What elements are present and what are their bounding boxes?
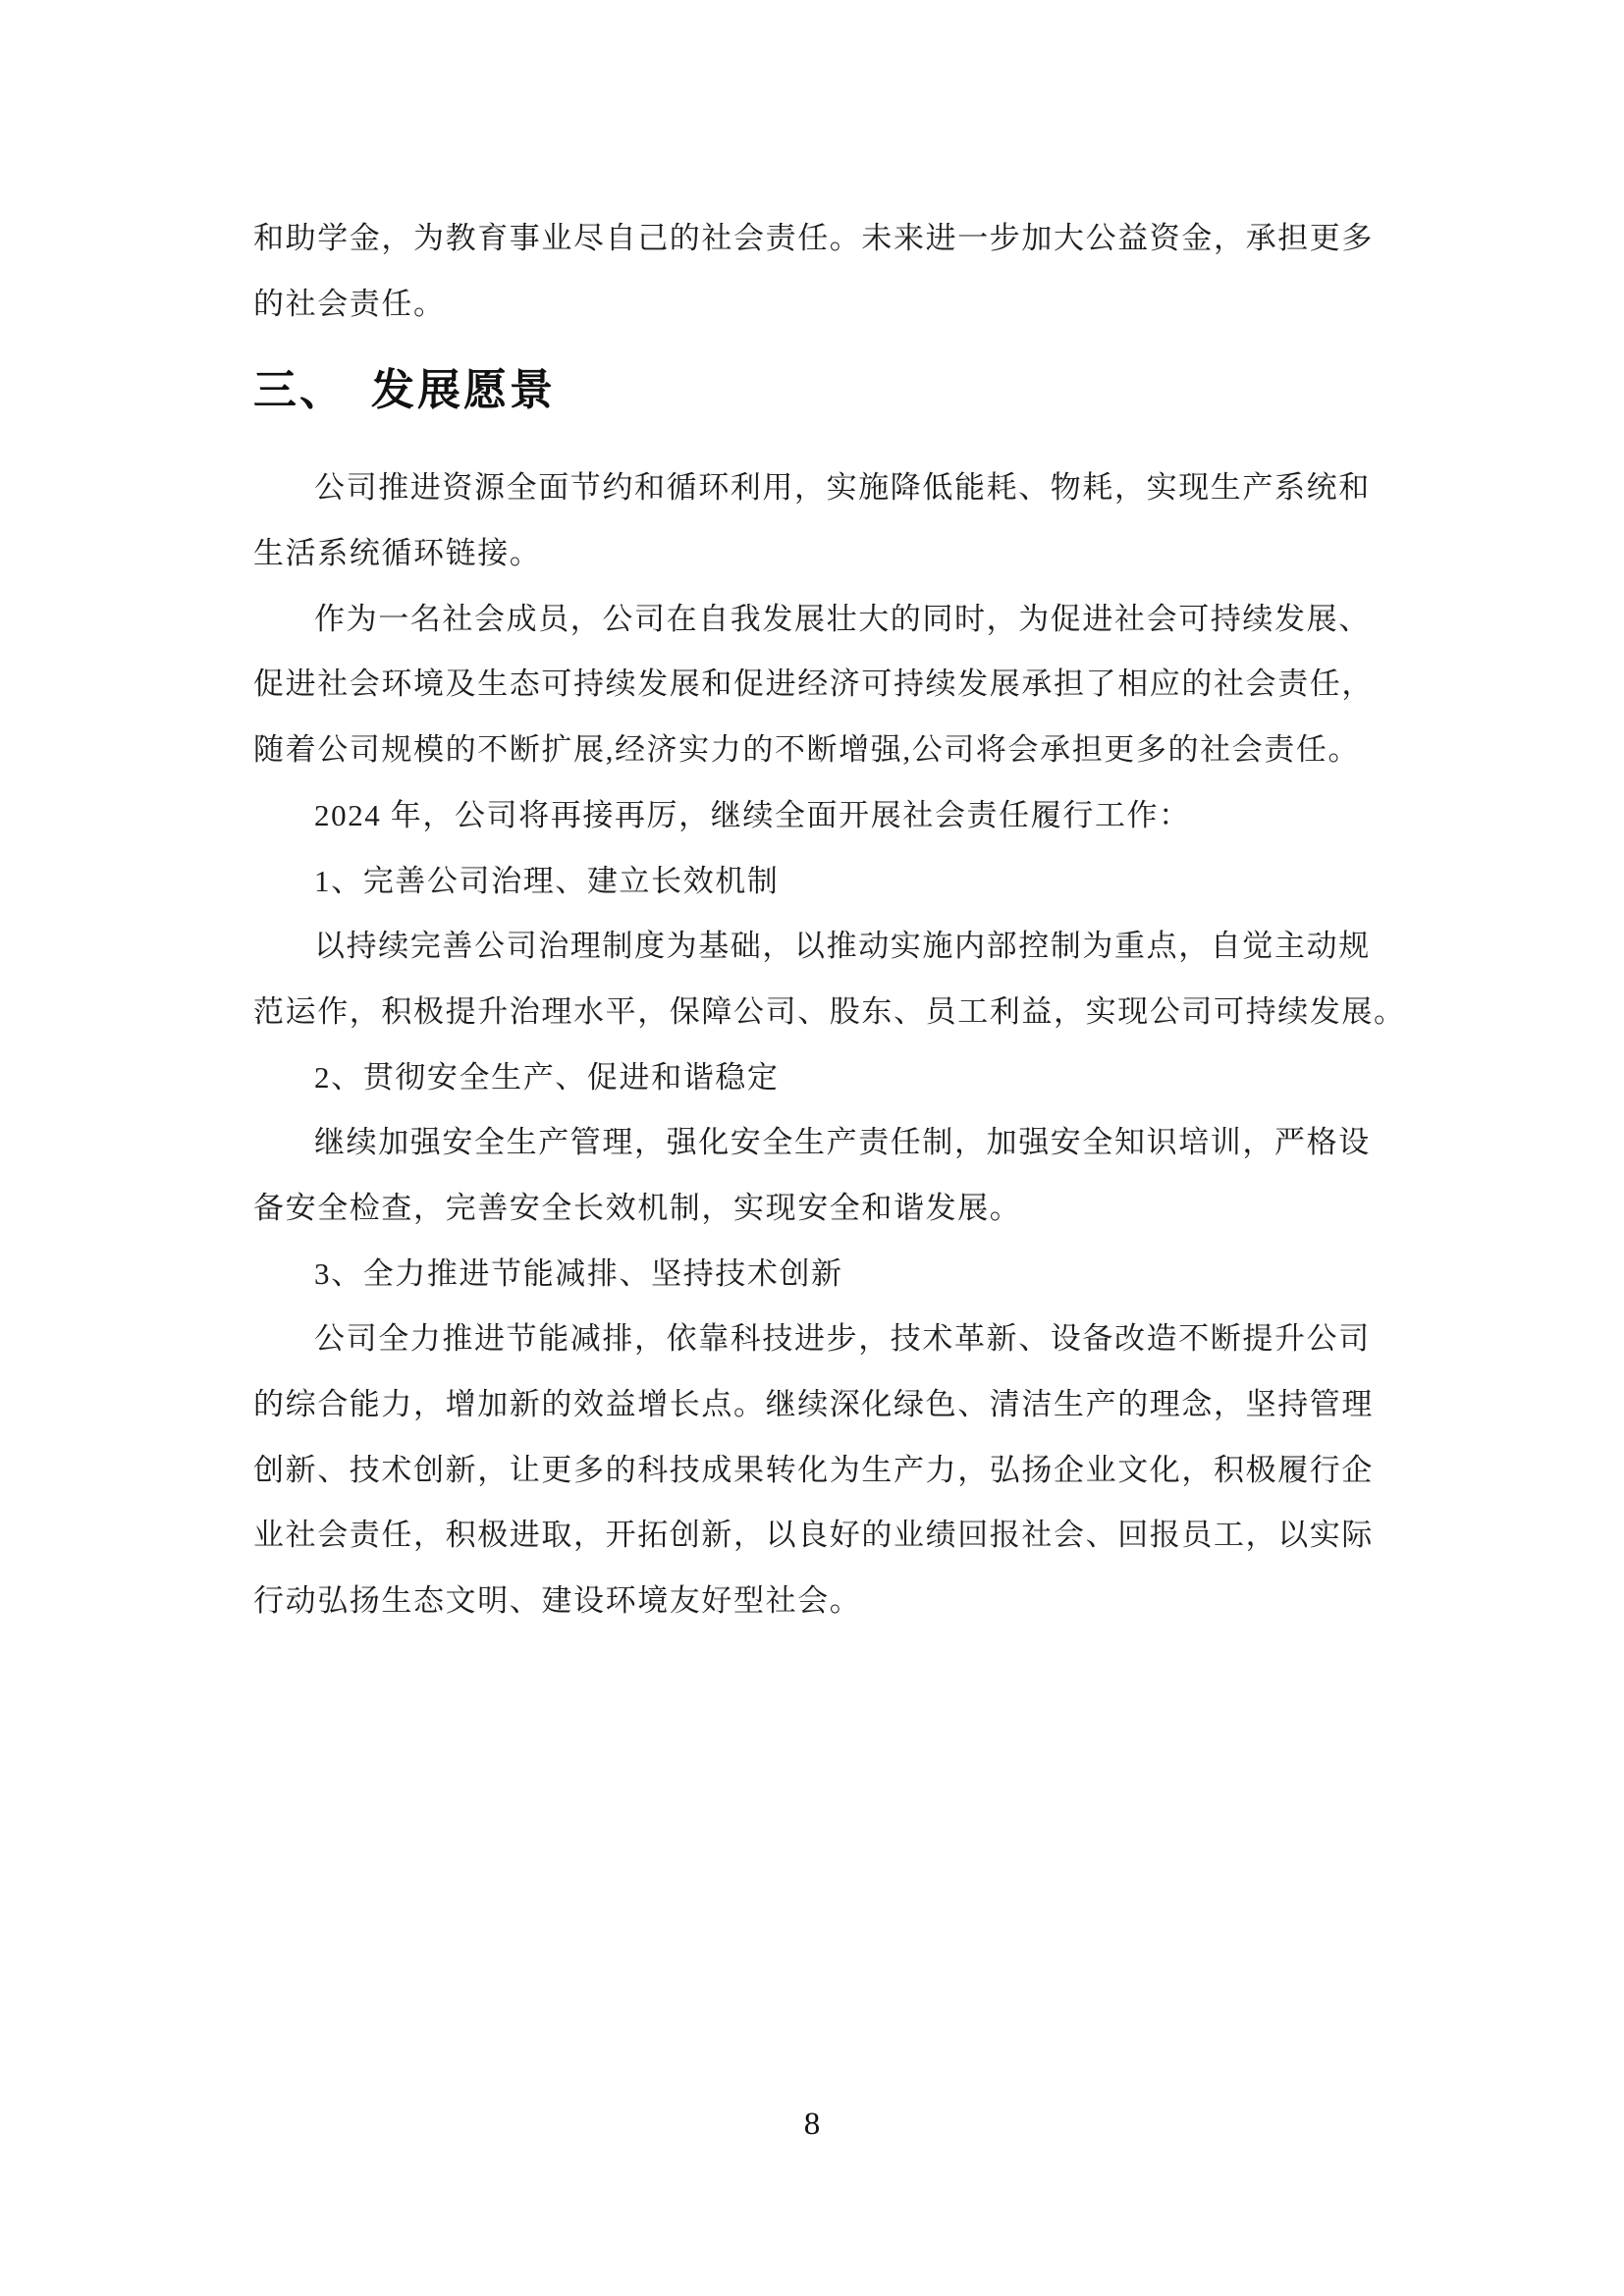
text-line: 3、全力推进节能减排、坚持技术创新: [253, 1242, 1380, 1308]
text-line: 继续加强安全生产管理，强化安全生产责任制，加强安全知识培训，严格设: [253, 1110, 1380, 1176]
document-page: 和助学金，为教育事业尽自己的社会责任。未来进一步加大公益资金，承担更多的社会责任…: [0, 0, 1624, 2296]
page-number: 8: [0, 2107, 1624, 2143]
text-line: 公司推进资源全面节约和循环利用，实施降低能耗、物耗，实现生产系统和: [253, 455, 1380, 521]
text-line: 的社会责任。: [253, 272, 1380, 338]
text-line: 2024 年，公司将再接再厉，继续全面开展社会责任履行工作：: [253, 783, 1380, 849]
heading-number: 三、: [253, 366, 346, 414]
text-line: 作为一名社会成员，公司在自我发展壮大的同时，为促进社会可持续发展、: [253, 587, 1380, 653]
text-line: 创新、技术创新，让更多的科技成果转化为生产力，弘扬企业文化，积极履行企: [253, 1438, 1380, 1504]
text-line: 以持续完善公司治理制度为基础，以推动实施内部控制为重点，自觉主动规: [253, 914, 1380, 980]
heading-title: 发展愿景: [371, 366, 556, 414]
text-line: 促进社会环境及生态可持续发展和促进经济可持续发展承担了相应的社会责任，: [253, 652, 1380, 718]
section-heading: 三、发展愿景: [253, 361, 1380, 420]
text-line: 1、完善公司治理、建立长效机制: [253, 849, 1380, 915]
text-line: 和助学金，为教育事业尽自己的社会责任。未来进一步加大公益资金，承担更多: [253, 206, 1380, 272]
text-line: 备安全检查，完善安全长效机制，实现安全和谐发展。: [253, 1176, 1380, 1242]
text-line: 业社会责任，积极进取，开拓创新，以良好的业绩回报社会、回报员工，以实际: [253, 1503, 1380, 1569]
text-line: 2、贯彻安全生产、促进和谐稳定: [253, 1045, 1380, 1111]
text-line: 的综合能力，增加新的效益增长点。继续深化绿色、清洁生产的理念，坚持管理: [253, 1372, 1380, 1438]
text-line: 随着公司规模的不断扩展,经济实力的不断增强,公司将会承担更多的社会责任。: [253, 718, 1380, 783]
text-line: 公司全力推进节能减排，依靠科技进步，技术革新、设备改造不断提升公司: [253, 1307, 1380, 1372]
page-body: 和助学金，为教育事业尽自己的社会责任。未来进一步加大公益资金，承担更多的社会责任…: [253, 206, 1380, 1634]
text-line: 生活系统循环链接。: [253, 521, 1380, 587]
text-line: 行动弘扬生态文明、建设环境友好型社会。: [253, 1569, 1380, 1634]
text-line: 范运作，积极提升治理水平，保障公司、股东、员工利益，实现公司可持续发展。: [253, 980, 1380, 1045]
